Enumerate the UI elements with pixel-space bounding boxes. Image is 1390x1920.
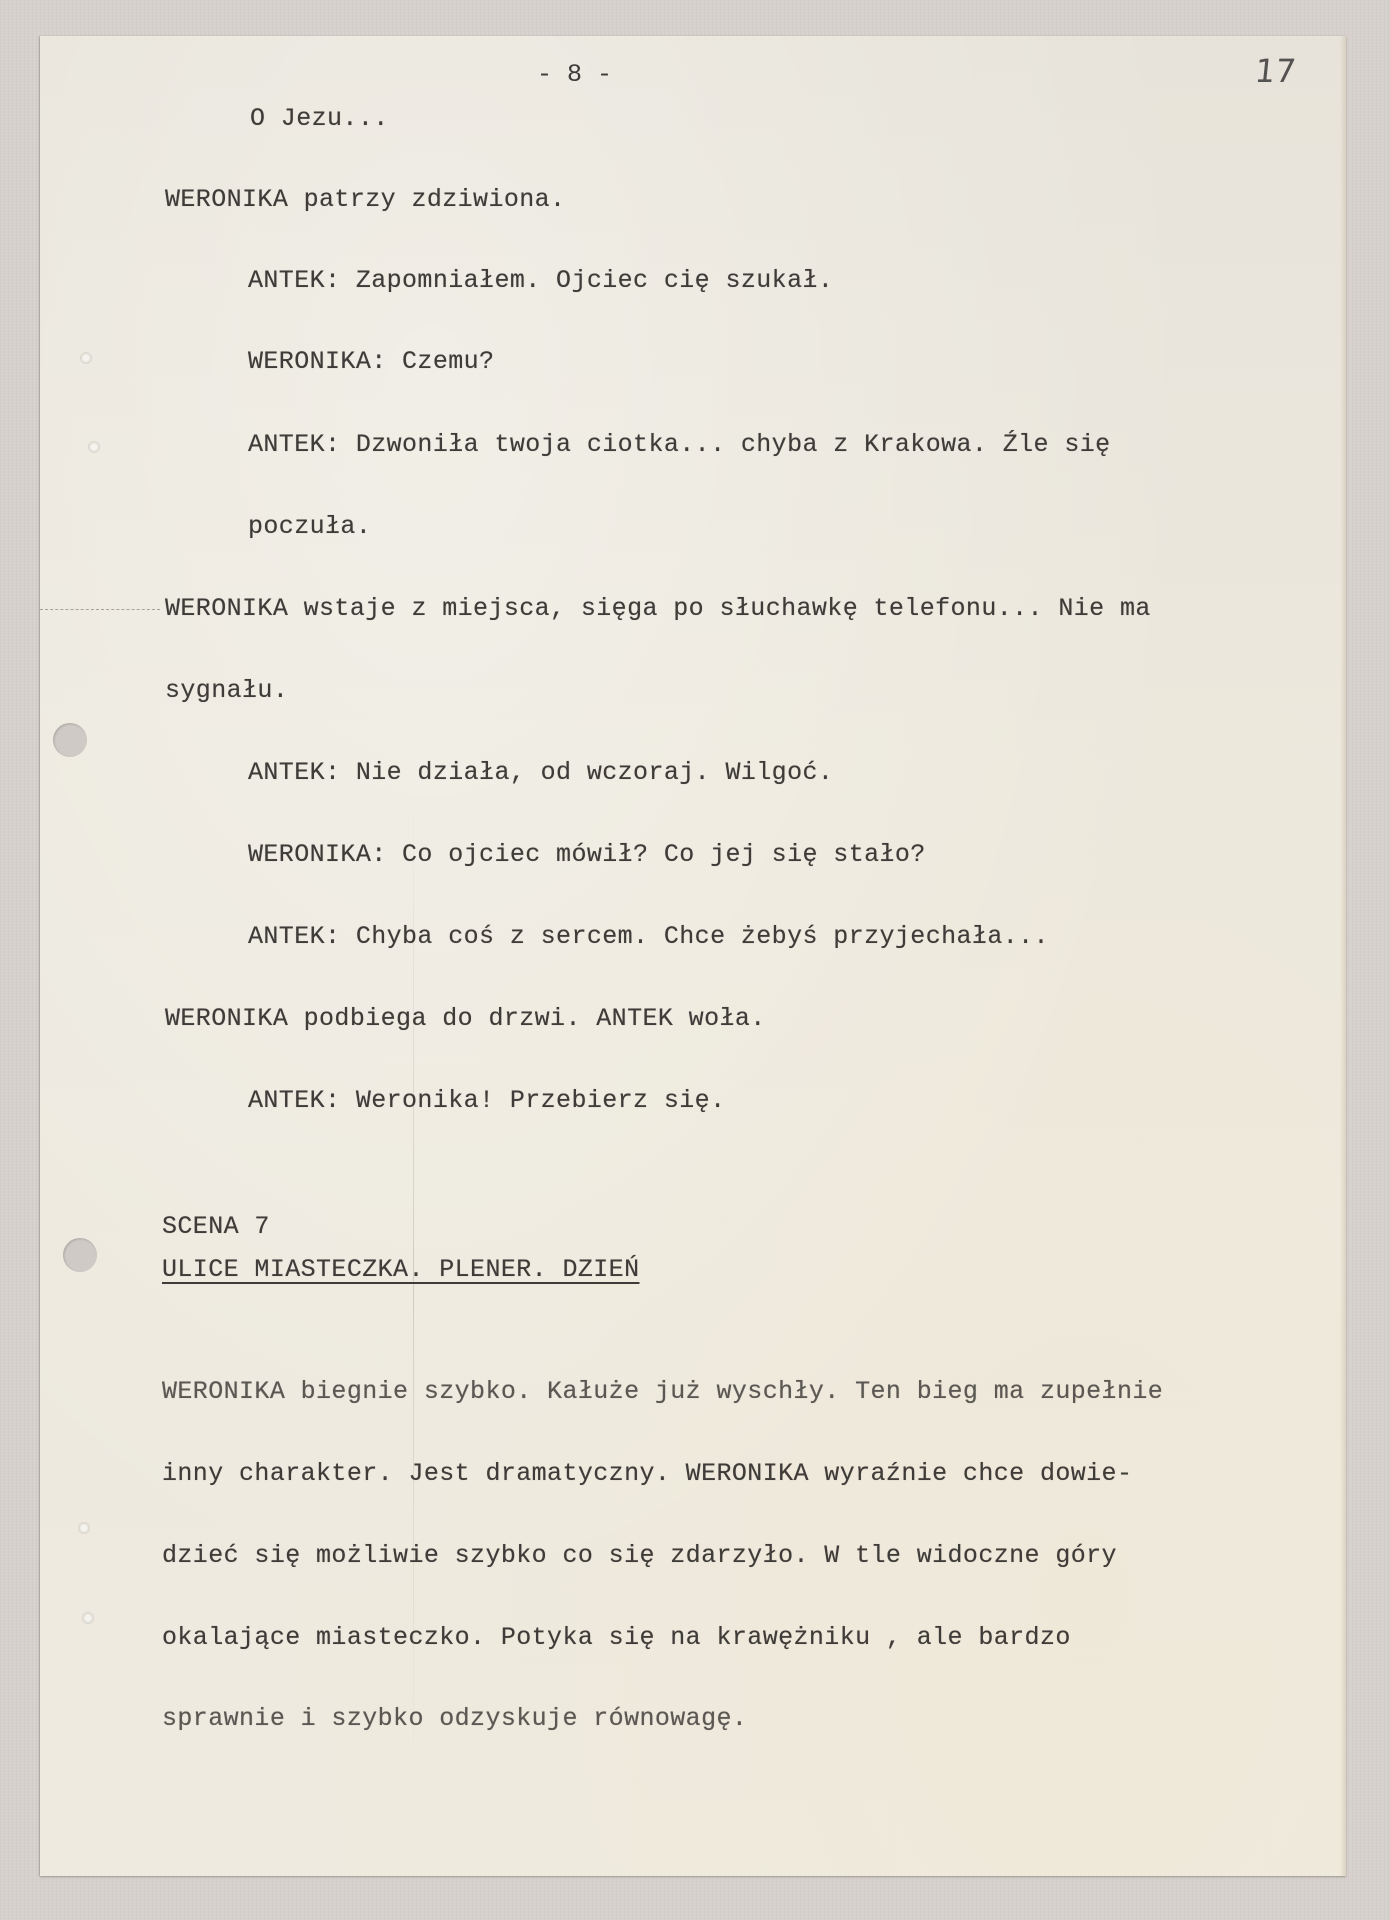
pin-hole-mark: [82, 1612, 94, 1624]
scene-number: SCENA 7: [162, 1212, 270, 1241]
dialogue-line: ANTEK: Nie działa, od wczoraj. Wilgoć.: [248, 758, 833, 787]
stage-direction: WERONIKA podbiega do drzwi. ANTEK woła.: [165, 1004, 766, 1033]
scene-description-line: inny charakter. Jest dramatyczny. WERONI…: [162, 1459, 1132, 1488]
handwritten-sheet-number: 17: [1253, 52, 1298, 90]
dialogue-line: poczuła.: [248, 512, 371, 541]
punch-hole: [63, 1238, 97, 1272]
scene-description-line: okalające miasteczko. Potyka się na kraw…: [162, 1623, 1071, 1652]
dialogue-line: ANTEK: Chyba coś z sercem. Chce żebyś pr…: [248, 922, 1049, 951]
scene-description-line: dzieć się możliwie szybko co się zdarzył…: [162, 1541, 1117, 1570]
dialogue-line: WERONIKA: Czemu?: [248, 347, 494, 376]
margin-pencil-line: [40, 609, 160, 610]
scene-description-line: sprawnie i szybko odzyskuje równowagę.: [162, 1704, 747, 1733]
pin-hole-mark: [78, 1522, 90, 1534]
page-number: - 8 -: [537, 60, 612, 89]
stage-direction: WERONIKA wstaje z miejsca, sięga po słuc…: [165, 594, 1151, 623]
scene-heading: ULICE MIASTECZKA. PLENER. DZIEŃ: [162, 1255, 639, 1284]
typewritten-page: [40, 36, 1346, 1876]
stage-direction: WERONIKA patrzy zdziwiona.: [165, 185, 565, 214]
stage-direction: sygnału.: [165, 676, 288, 705]
punch-hole: [53, 723, 87, 757]
dialogue-line: ANTEK: Dzwoniła twoja ciotka... chyba z …: [248, 430, 1111, 459]
dialogue-line: WERONIKA: Co ojciec mówił? Co jej się st…: [248, 840, 926, 869]
scene-description-line: WERONIKA biegnie szybko. Kałuże już wysc…: [162, 1377, 1163, 1406]
paper-edge: [1340, 36, 1346, 1876]
dialogue-line: O Jezu...: [250, 104, 389, 133]
dialogue-line: ANTEK: Zapomniałem. Ojciec cię szukał.: [248, 266, 833, 295]
pin-hole-mark: [88, 441, 100, 453]
dialogue-line: ANTEK: Weronika! Przebierz się.: [248, 1086, 725, 1115]
pin-hole-mark: [80, 352, 92, 364]
